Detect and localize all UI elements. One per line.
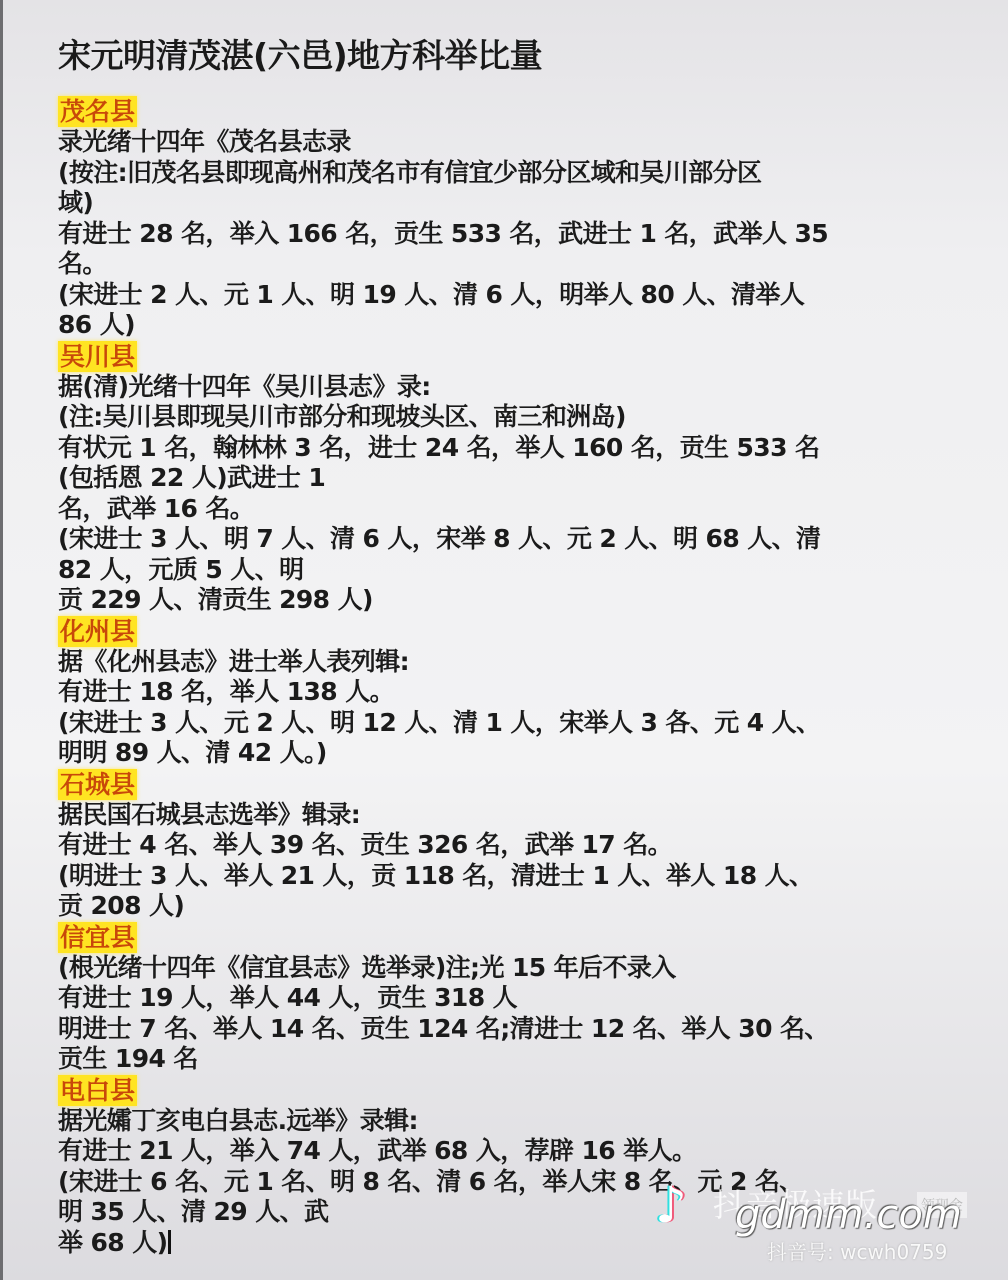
text-line: 据光孀丁亥电白县志.远举》录辑: (58, 1106, 968, 1137)
text-line: (明进士 3 人、举人 21 人，贡 118 名，清进士 1 人、举人 18 人… (58, 861, 968, 892)
section-huazhou: 化州县 据《化州县志》进士举人表列辑: 有进士 18 名，举人 138 人。 (… (58, 616, 968, 769)
text-line: (宋进士 3 人、明 7 人、清 6 人，宋举 8 人、元 2 人、明 68 人… (58, 524, 968, 555)
text-line: 名。 (58, 249, 968, 280)
text-line: 据《化州县志》进士举人表列辑: (58, 647, 968, 678)
section-title: 茂名县 (58, 96, 137, 127)
text-line: 据(清)光绪十四年《吴川县志》录: (58, 372, 968, 403)
section-title: 石城县 (58, 769, 137, 800)
section-title: 信宜县 (58, 922, 137, 953)
text-line: (宋进士 2 人、元 1 人、明 19 人、清 6 人，明举人 80 人、清举人 (58, 280, 968, 311)
text-line: 有进士 19 人，举人 44 人，贡生 318 人 (58, 983, 968, 1014)
left-border (0, 0, 3, 1280)
text-line: 名，武举 16 名。 (58, 494, 968, 525)
text-line: 贡生 194 名 (58, 1044, 968, 1075)
section-title: 电白县 (58, 1075, 137, 1106)
section-title: 化州县 (58, 616, 137, 647)
content: 茂名县 录光绪十四年《茂名县志录 (按注:旧茂名县即现高州和茂名市有信宜少部分区… (58, 96, 968, 1258)
watermark-site: gdmm.com (735, 1192, 962, 1238)
text-line: (包括恩 22 人)武进士 1 (58, 463, 968, 494)
text-line: 贡 208 人) (58, 891, 968, 922)
text-line: (按注:旧茂名县即现高州和茂名市有信宜少部分区域和吴川部分区 (58, 158, 968, 189)
text-line: 有进士 21 人，举入 74 人，武举 68 入，荐辟 16 举人。 (58, 1136, 968, 1167)
text-line: 据民国石城县志选举》辑录: (58, 800, 968, 831)
text-line: 明明 89 人、清 42 人。) (58, 738, 968, 769)
text-cursor (168, 1230, 171, 1254)
text-line: 有进士 18 名，举人 138 人。 (58, 677, 968, 708)
text-line: 录光绪十四年《茂名县志录 (58, 127, 968, 158)
section-xinyi: 信宜县 (根光绪十四年《信宜县志》选举录)注;光 15 年后不录入 有进士 19… (58, 922, 968, 1075)
text-line: (根光绪十四年《信宜县志》选举录)注;光 15 年后不录入 (58, 953, 968, 984)
text-line: (注:吴川县即现吴川市部分和现坡头区、南三和洲岛) (58, 402, 968, 433)
text-line: 有进士 4 名、举人 39 名、贡生 326 名，武举 17 名。 (58, 830, 968, 861)
text-line: 明进士 7 名、举人 14 名、贡生 124 名;清进士 12 名、举人 30 … (58, 1014, 968, 1045)
page-title: 宋元明清茂湛(六邑)地方科举比量 (58, 30, 542, 77)
section-shicheng: 石城县 据民国石城县志选举》辑录: 有进士 4 名、举人 39 名、贡生 326… (58, 769, 968, 922)
text-line: 举 68 人) (58, 1228, 167, 1257)
text-line: (宋进士 3 人、元 2 人、明 12 人、清 1 人，宋举人 3 各、元 4 … (58, 708, 968, 739)
text-line: 有状元 1 名，翰林林 3 名，进士 24 名，举人 160 名，贡生 533 … (58, 433, 968, 464)
watermark: ♪ 抖音极速版 领现金 gdmm.com 抖音号: wcwh0759 (655, 1170, 995, 1270)
text-line: 86 人) (58, 310, 968, 341)
text-line: 有进士 28 名，举入 166 名，贡生 533 名，武进士 1 名，武举人 3… (58, 219, 968, 250)
section-title: 吴川县 (58, 341, 137, 372)
tiktok-logo-icon: ♪ (655, 1176, 687, 1234)
section-wuchuan: 吴川县 据(清)光绪十四年《吴川县志》录: (注:吴川县即现吴川市部分和现坡头区… (58, 341, 968, 616)
section-maoming: 茂名县 录光绪十四年《茂名县志录 (按注:旧茂名县即现高州和茂名市有信宜少部分区… (58, 96, 968, 341)
text-line: 域) (58, 188, 968, 219)
text-line: 贡 229 人、清贡生 298 人) (58, 585, 968, 616)
text-line: 82 人，元质 5 人、明 (58, 555, 968, 586)
watermark-account-id: 抖音号: wcwh0759 (767, 1236, 947, 1265)
